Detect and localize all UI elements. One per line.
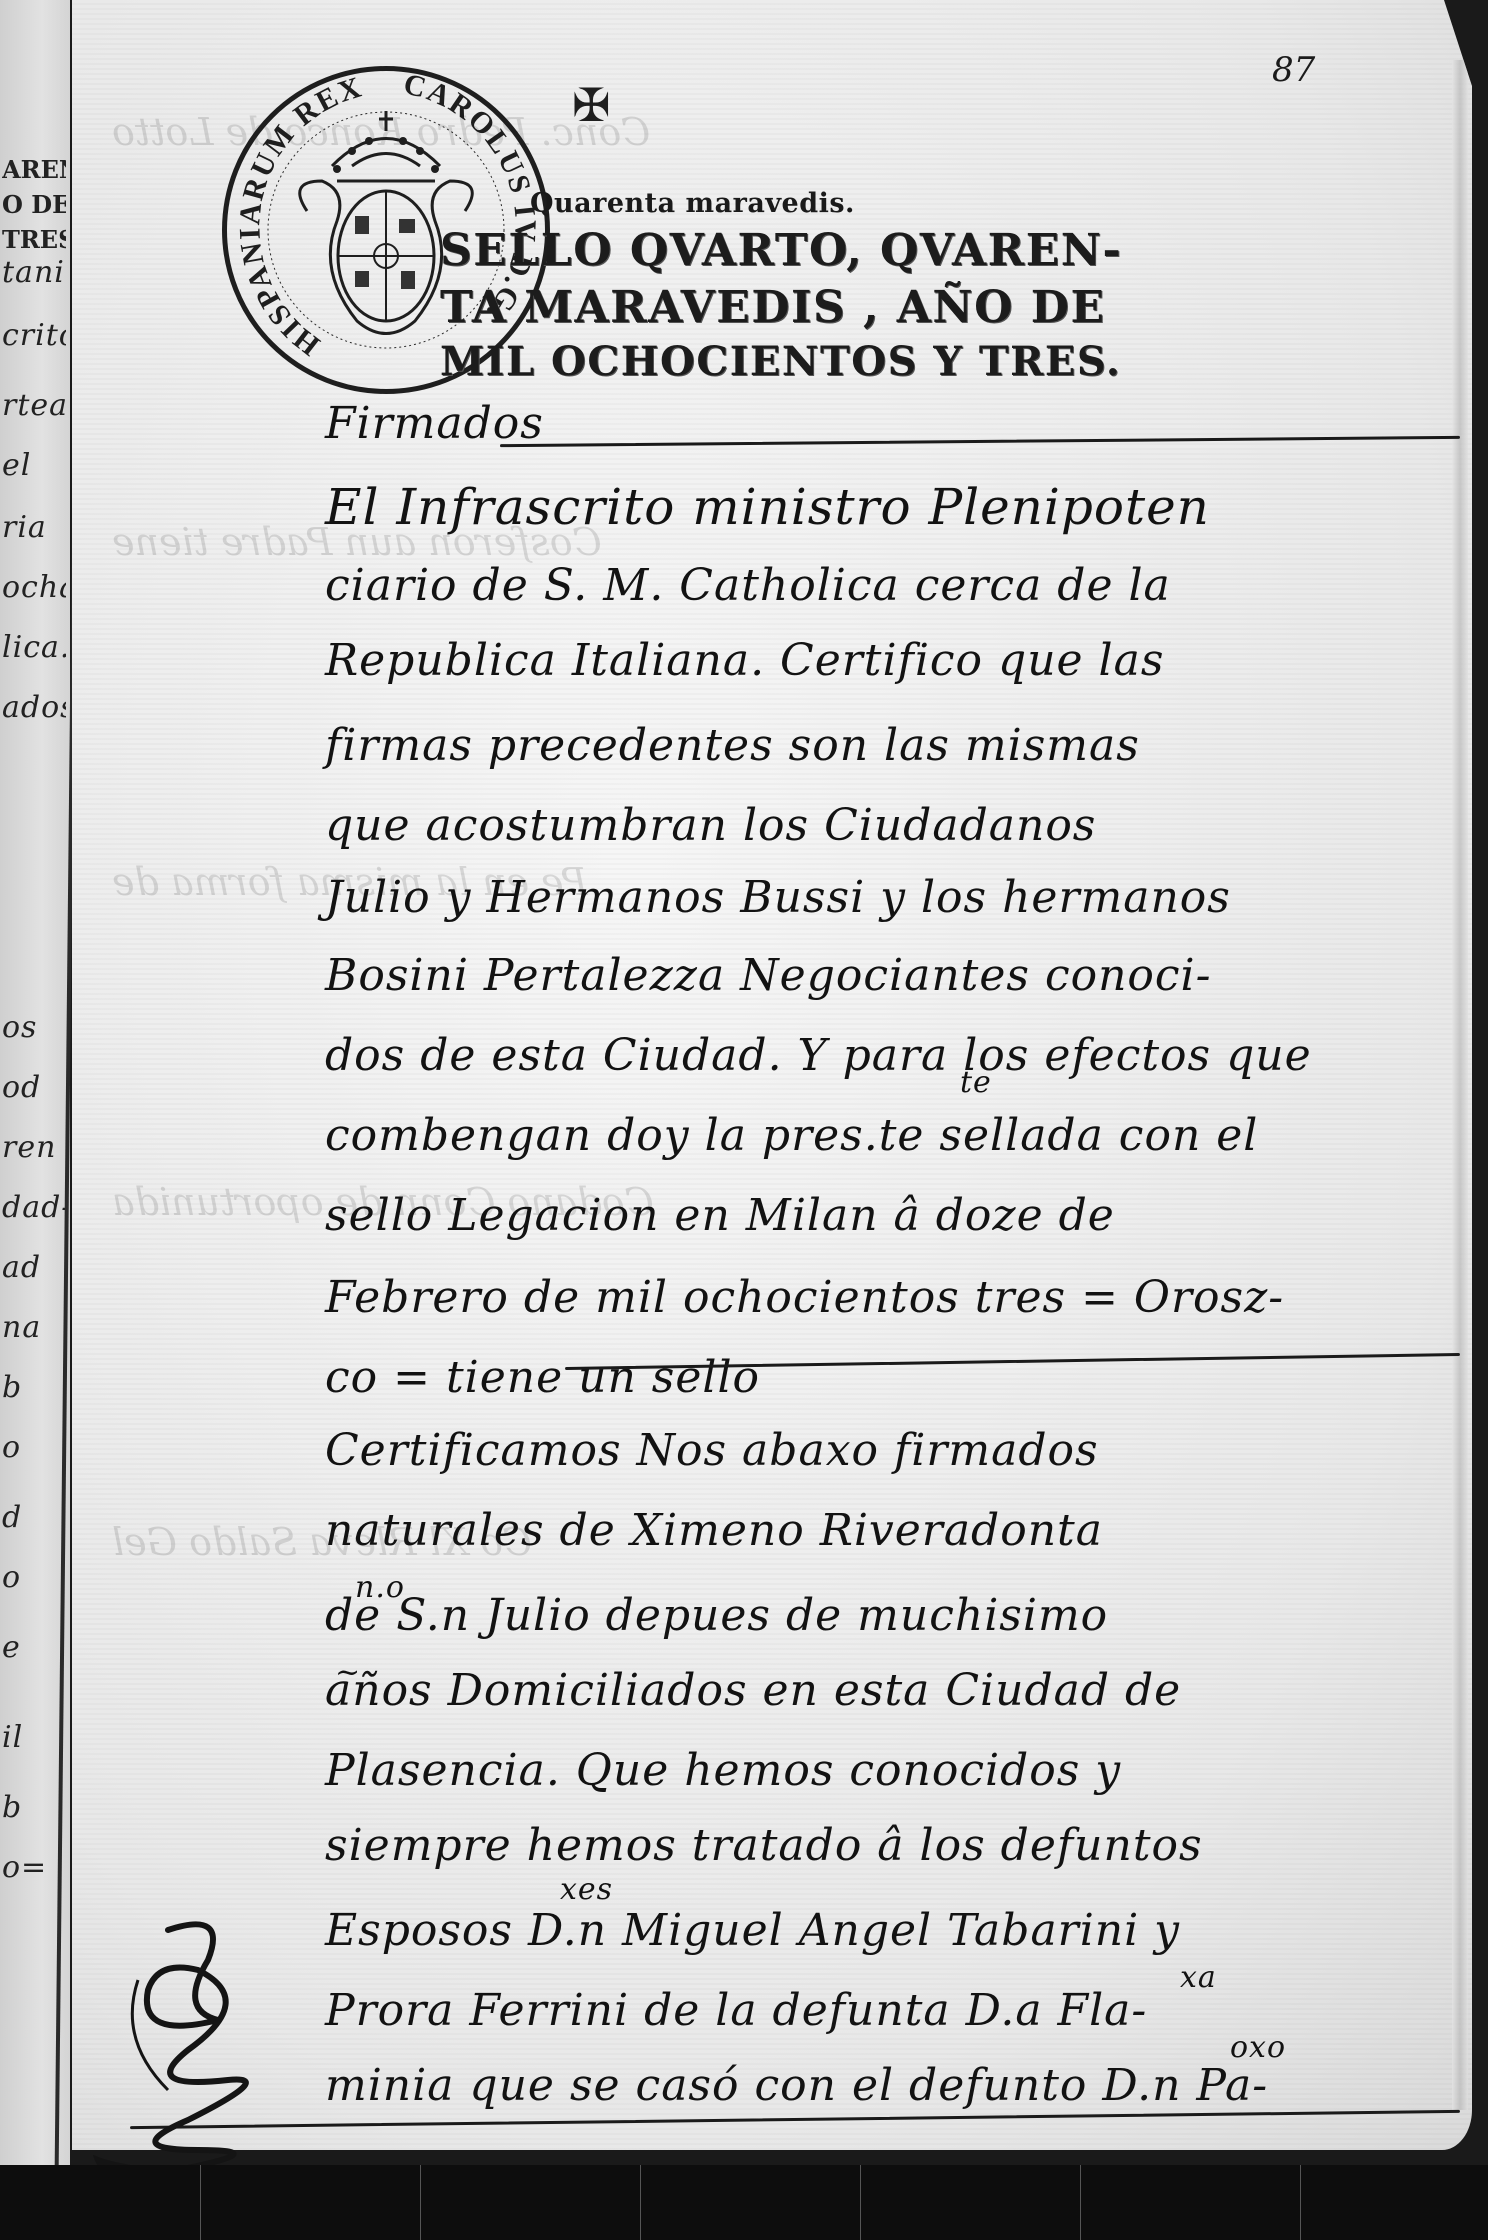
prev-line: od xyxy=(2,1070,66,1105)
handwritten-line: Prora Ferrini de la defunta D.a Fla- xyxy=(325,1985,1147,2036)
prev-line: ocha. xyxy=(2,570,66,605)
handwritten-line: siempre hemos tratado â los defuntos xyxy=(325,1820,1203,1871)
prev-line: b xyxy=(2,1790,66,1825)
prev-line: lica. xyxy=(2,630,66,665)
prev-stamp-line: AREN xyxy=(2,155,66,184)
svg-text:HISPANIARUM REX.: HISPANIARUM REX. xyxy=(227,71,367,362)
handwritten-line: Febrero de mil ochocientos tres = Orosz- xyxy=(325,1272,1284,1323)
prev-stamp-line: TRES. xyxy=(2,225,66,254)
handwritten-line: naturales de Ximeno Riveradonta xyxy=(325,1505,1103,1556)
prev-line: il xyxy=(2,1720,66,1755)
stamp-line-2: TA MARAVEDIS , AÑO DE xyxy=(440,282,1105,333)
prev-line: o xyxy=(2,1430,66,1465)
handwritten-line: co = tiene un sello xyxy=(325,1352,760,1403)
prev-stamp-line: O DE xyxy=(2,190,66,219)
prev-line: e xyxy=(2,1630,66,1665)
handwritten-line: minia que se casó con el defunto D.n Pa- xyxy=(325,2060,1268,2111)
handwritten-line: firmas precedentes son las mismas xyxy=(325,720,1140,771)
prev-line: os xyxy=(2,1010,66,1045)
interlinear-note: xa xyxy=(1180,1960,1217,1995)
handwritten-line: Firmados xyxy=(325,398,544,449)
interlinear-note: te xyxy=(960,1065,992,1100)
handwritten-line: dos de esta Ciudad. Y para los efectos q… xyxy=(325,1030,1312,1081)
handwritten-line: años Domiciliados en esta Ciudad de xyxy=(325,1665,1181,1716)
handwritten-line: sello Legacion en Milan â doze de xyxy=(325,1190,1115,1241)
handwritten-line: Bosini Pertalezza Negociantes conoci- xyxy=(325,950,1212,1001)
prev-line: ados= xyxy=(2,690,66,725)
prev-line: d xyxy=(2,1500,66,1535)
prev-line: tanio xyxy=(2,255,66,290)
prev-line: el xyxy=(2,448,66,483)
handwritten-line: que acostumbran los Ciudadanos xyxy=(325,800,1096,851)
prev-line: ren xyxy=(2,1130,66,1165)
handwritten-line: ciario de S. M. Catholica cerca de la xyxy=(325,560,1171,611)
signature-rubric-icon xyxy=(78,1900,318,2200)
prev-line: o= xyxy=(2,1850,66,1885)
handwritten-line: Esposos D.n Miguel Angel Tabarini y xyxy=(325,1905,1180,1956)
handwritten-line: El Infrascrito ministro Plenipoten xyxy=(325,478,1210,536)
stamp-line-1: SELLO QVARTO, QVAREN- xyxy=(440,225,1122,276)
stamp-value-line: Quarenta maravedis. xyxy=(530,188,855,219)
handwritten-line: Plasencia. Que hemos conocidos y xyxy=(325,1745,1121,1796)
prev-line: na xyxy=(2,1310,66,1345)
prev-line: ria xyxy=(2,510,66,545)
seal-legend-left: HISPANIARUM REX. xyxy=(227,71,367,362)
prev-line: b xyxy=(2,1370,66,1405)
scanner-background xyxy=(0,2165,1488,2240)
folio-number: 87 xyxy=(1272,50,1315,90)
interlinear-note: xes xyxy=(560,1872,613,1907)
handwritten-line: de S.n Julio depues de muchisimo xyxy=(325,1590,1108,1641)
handwritten-line: Certificamos Nos abaxo firmados xyxy=(325,1425,1099,1476)
prev-line: crito xyxy=(2,318,66,353)
prev-line: ad xyxy=(2,1250,66,1285)
handwritten-line: combengan doy la pres.te sellada con el xyxy=(325,1110,1258,1161)
page-edge-shadow xyxy=(1452,60,1468,2110)
handwritten-line: Julio y Hermanos Bussi y los hermanos xyxy=(325,872,1231,923)
prev-line: dad- xyxy=(2,1190,66,1225)
cross-icon: ✠ xyxy=(572,78,611,132)
stamp-line-3: MIL OCHOCIENTOS Y TRES. xyxy=(440,338,1121,385)
prev-line: o xyxy=(2,1560,66,1595)
handwritten-line: Republica Italiana. Certifico que las xyxy=(325,635,1164,686)
prev-line: rtea xyxy=(2,388,66,423)
